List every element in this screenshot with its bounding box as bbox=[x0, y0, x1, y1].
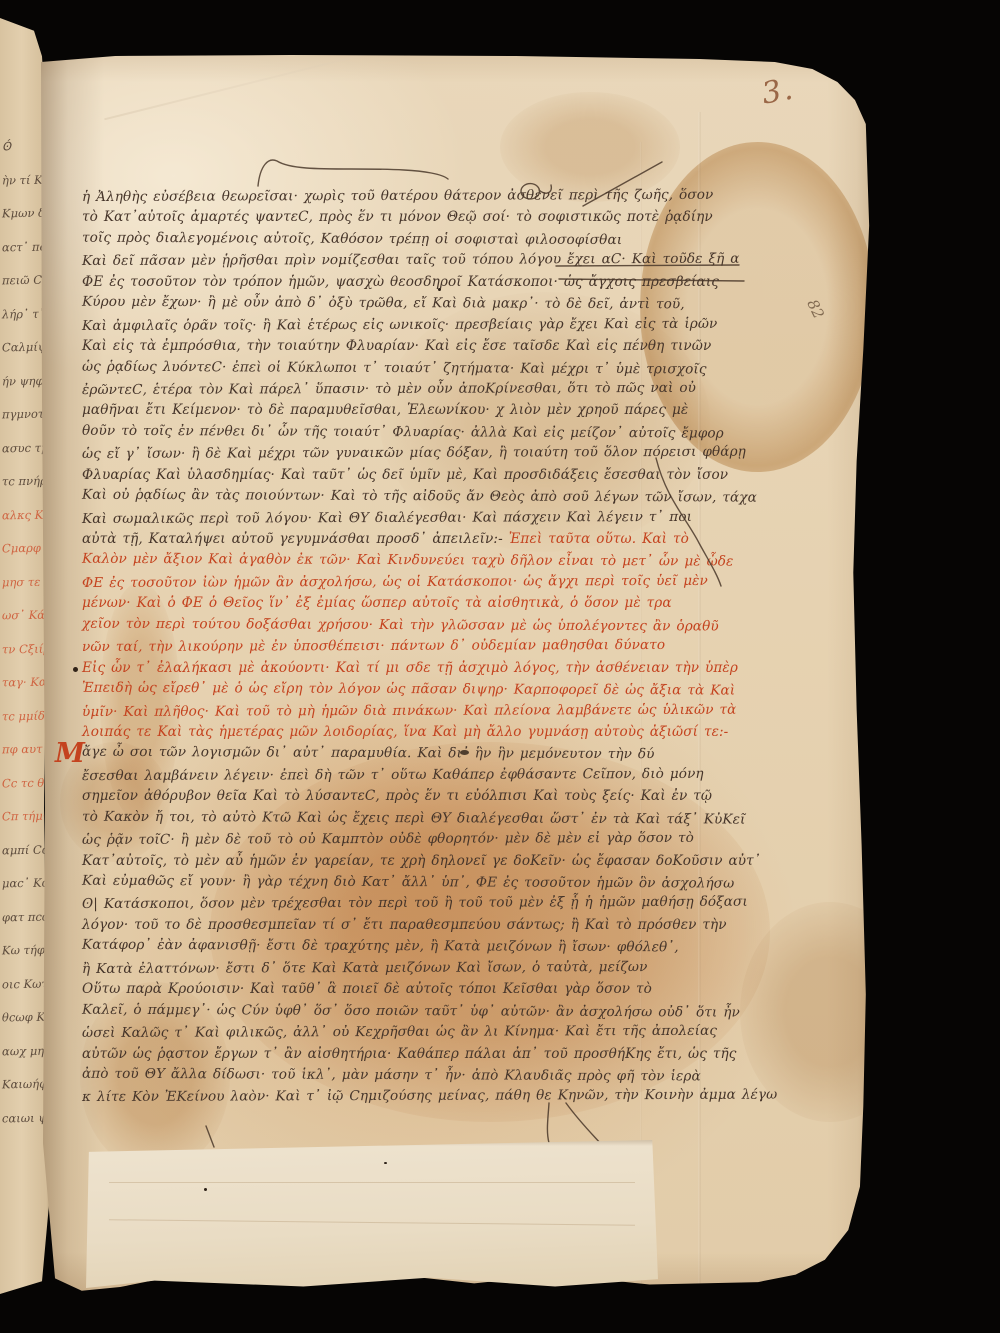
text-line: λοιπάς τε Καὶ τὰς ἡμετέρας μῶν λοιδορίας… bbox=[82, 722, 674, 743]
body-text: ὡσεὶ Καλῶς τ᾽ Καὶ φιλικῶς, ἀλλ᾽ οὐ Κεχρῆ… bbox=[82, 1023, 717, 1041]
ink-spot bbox=[73, 667, 78, 672]
text-line: αὐτῶν ὡς ῥᾳστον ἔργων τ᾽ ἂν αἰσθητήρια· … bbox=[82, 1044, 674, 1065]
body-text: ἄγε ὦ σοι τῶν λογισμῶν δι᾽ αὐτ᾽ παραμυθί… bbox=[82, 744, 655, 762]
text-block: ἡ Ἀληθὴς εὐσέβεια θεωρεῖσαι· χωρὶς τοῦ θ… bbox=[82, 186, 674, 1108]
text-line: Καὶ ἀμφιλαῖς ὁρᾶν τοῖς· ἢ Καὶ ἑτέρως εἰς… bbox=[82, 314, 674, 338]
text-line: Κύρου μὲν ἔχων· ἢ μὲ οὖν ἀπὸ δ᾽ ὀξὺ τρῶθ… bbox=[82, 292, 674, 316]
text-line: ἄγε ὦ σοι τῶν λογισμῶν δι᾽ αὐτ᾽ παραμυθί… bbox=[82, 742, 674, 766]
text-line: θοῦν τὸ τοῖς ἐν πένθει δι᾽ ὧν τῆς τοιαύτ… bbox=[82, 421, 674, 445]
body-text: τὸ Κατ᾽αὐτοῖς ἁμαρτές ψαντεϹ, πρὸς ἕν τι… bbox=[82, 209, 713, 225]
body-text: ἀπὸ τοῦ ΘΥ ἄλλα δίδωσι· τοῦ ἱκλ᾽, μὰν μά… bbox=[82, 1066, 701, 1085]
body-text: ὡς ῥᾷν τοῖϹ· ἢ μὲν δὲ τοῦ τὸ οὐ Καμπτὸν … bbox=[82, 830, 694, 848]
rubric-text: Εἰς ὧν τ᾽ ἐλαλήκασι μὲ ἀκούοντι· Καὶ τί … bbox=[82, 660, 738, 676]
body-text: Κατάφορ᾽ ἐὰν ἀφανισθῇ· ἔστι δὲ τραχύτης … bbox=[82, 937, 679, 956]
text-line: Καὶ εὐμαθῶς εἴ γουν· ἢ γὰρ τέχνη διὸ Κατ… bbox=[82, 871, 674, 895]
body-text: Καὶ οὐ ῥᾳδίως ἂν τὰς ποιούντων· Καὶ τὸ τ… bbox=[82, 487, 757, 506]
paper-fiber-line bbox=[109, 1182, 635, 1183]
text-line: τὸ Κακὸν ἤ τοι, τὸ αὐτὸ Κτῶ Καὶ ὡς ἔχεις… bbox=[82, 806, 674, 830]
body-text: Κύρου μὲν ἔχων· ἢ μὲ οὖν ἀπὸ δ᾽ ὀξὺ τρῶθ… bbox=[82, 294, 685, 313]
text-line: ὡς ῥᾳδίως λυόντεϹ· ἐπεὶ οἱ Κύκλωποι τ᾽ τ… bbox=[82, 356, 674, 380]
body-text: Καὶ ἀμφιλαῖς ὁρᾶν τοῖς· ἢ Καὶ ἑτέρως εἰς… bbox=[82, 315, 717, 333]
text-line: Καὶ δεῖ πᾶσαν μὲν ᾑρῆσθαι πρὶν νομίζεσθα… bbox=[82, 249, 674, 273]
body-text: αὐτῶν ὡς ῥᾳστον ἔργων τ᾽ ἂν αἰσθητήρια· … bbox=[82, 1046, 736, 1062]
paragraph-initial-M: Μ bbox=[55, 738, 85, 769]
rubric-text: Ἐπεὶ ταῦτα οὕτω. Καὶ τὸ bbox=[509, 531, 689, 547]
text-line: ὡς ῥᾷν τοῖϹ· ἢ μὲν δὲ τοῦ τὸ οὐ Καμπτὸν … bbox=[82, 828, 674, 852]
body-text: Οὕτω παρὰ Κρούοισιν· Καὶ ταῦθ᾽ ἃ ποιεῖ δ… bbox=[82, 981, 652, 997]
rubric-text: Καλὸν μὲν ἄξιον Καὶ ἀγαθὸν ἐκ τῶν· Καὶ Κ… bbox=[82, 551, 734, 570]
rubric-text: Ἐπειδὴ ὡς εἴρεθ᾽ μὲ ὁ ὡς εἴρη τὸν λόγον … bbox=[82, 680, 735, 699]
text-line: ὑμῖν· Καὶ πλῆθος· Καὶ τοῦ τὸ μὴ ἡμῶν διὰ… bbox=[82, 699, 674, 723]
body-text: Κατ᾽αὐτοῖς, τὸ μὲν αὖ ἡμῶν ἐν γαρείαν, τ… bbox=[82, 853, 761, 869]
text-line: Καλεῖ, ὁ πάμμεγ᾽· ὡς Ϲύν ὑφθ᾽ ὅσ᾽ ὅσο πο… bbox=[82, 999, 674, 1023]
ink-spot bbox=[204, 1188, 207, 1191]
body-text: σημεῖον ἀθόρυβον θεῖα Καὶ τὸ λύσαντεϹ, π… bbox=[82, 788, 712, 804]
text-line: λόγον· τοῦ το δὲ προσθεσμπεῖαν τί σ᾽ ἔτι… bbox=[82, 915, 674, 936]
text-line: Κατάφορ᾽ ἐὰν ἀφανισθῇ· ἔστι δὲ τραχύτης … bbox=[82, 935, 674, 959]
text-line: μαθῆναι ἔτι Κείμενον· τὸ δὲ παραμυθεῖσθα… bbox=[82, 400, 674, 421]
rubric-text: νῶν ταί, τὴν λικούρην μὲ ἐν ὑποσθέπεισι·… bbox=[82, 637, 665, 655]
repair-patch bbox=[86, 1140, 658, 1288]
rubric-text: ΦΕ ἐς τοσοῦτον ἰὼν ἡμῶν ἂν ἀσχολήσω, ὡς … bbox=[82, 573, 708, 591]
rubric-text: μένων· Καὶ ὁ ΦΕ ὁ Θεῖος ἵν᾽ ἐξ ἐμίας ὥσπ… bbox=[82, 595, 672, 611]
text-line: ἢ Κατὰ ἐλαττόνων· ἔστι δ᾽ ὅτε Καὶ Κατὰ μ… bbox=[82, 957, 674, 981]
text-line: Φλυαρίας Καὶ ὑλασδημίας· Καὶ ταῦτ᾽ ὡς δε… bbox=[82, 465, 674, 486]
text-line: ἡ Ἀληθὴς εὐσέβεια θεωρεῖσαι· χωρὶς τοῦ θ… bbox=[82, 185, 674, 209]
text-line: ʘ| Κατάσκοποι, ὅσον μὲν τρέχεσθαι τὸν πε… bbox=[82, 892, 674, 916]
body-text: ʘ| Κατάσκοποι, ὅσον μὲν τρέχεσθαι τὸν πε… bbox=[82, 894, 748, 912]
text-line: τὸ Κατ᾽αὐτοῖς ἁμαρτές ψαντεϹ, πρὸς ἕν τι… bbox=[82, 207, 674, 228]
text-line: Κατ᾽αὐτοῖς, τὸ μὲν αὖ ἡμῶν ἐν γαρείαν, τ… bbox=[82, 851, 674, 872]
body-text: μαθῆναι ἔτι Κείμενον· τὸ δὲ παραμυθεῖσθα… bbox=[82, 402, 688, 418]
body-text: ἔσεσθαι λαμβάνειν λέγειν· ἐπεὶ δὴ τῶν τ᾽… bbox=[82, 766, 704, 784]
body-text: ἐρῶντεϹ, ἑτέρα τὸν Καὶ πάρελ᾽ ὕπασιν· τὸ… bbox=[82, 380, 696, 398]
paper-fiber-line bbox=[109, 1219, 635, 1226]
text-line: κ λίτε Κὸν ἘΚείνου λαὸν· Καὶ τ᾽ ἰῷ Ϲημιζ… bbox=[82, 1085, 674, 1109]
body-text: ΦΕ ἐς τοσοῦτον τὸν τρόπον ἡμῶν, ψασχὼ θε… bbox=[82, 274, 719, 290]
body-text: Καὶ εὐμαθῶς εἴ γουν· ἢ γὰρ τέχνη διὸ Κατ… bbox=[82, 873, 734, 892]
text-line: Καὶ εἰς τὰ ἐμπρόσθια, τὴν τοιαύτην Φλυαρ… bbox=[82, 336, 674, 357]
body-text: ὡς ῥᾳδίως λυόντεϹ· ἐπεὶ οἱ Κύκλωποι τ᾽ τ… bbox=[82, 358, 707, 377]
body-text: ὡς εἴ γ᾽ ἴσων· ἢ δὲ Καὶ μέχρι τῶν γυναικ… bbox=[82, 444, 746, 462]
body-text: τὸ Κακὸν ἤ τοι, τὸ αὐτὸ Κτῶ Καὶ ὡς ἔχεις… bbox=[82, 808, 746, 827]
text-line: Ἐπειδὴ ὡς εἴρεθ᾽ μὲ ὁ ὡς εἴρη τὸν λόγον … bbox=[82, 678, 674, 702]
body-text: ἢ Κατὰ ἐλαττόνων· ἔστι δ᾽ ὅτε Καὶ Κατὰ μ… bbox=[82, 959, 647, 977]
body-text: αὐτὰ τῇ, Καταλήψει αὐτοῦ γεγυμνάσθαι προ… bbox=[82, 531, 509, 547]
text-line: σημεῖον ἀθόρυβον θεῖα Καὶ τὸ λύσαντεϹ, π… bbox=[82, 786, 674, 807]
text-line: αὐτὰ τῇ, Καταλήψει αὐτοῦ γεγυμνάσθαι προ… bbox=[82, 529, 674, 550]
body-text: Καὶ σωμαλικῶς περὶ τοῦ λόγου· Καὶ ΘΥ δια… bbox=[82, 508, 692, 526]
text-line: χεῖον τὸν περὶ τούτου δοξάσθαι χρήσου· Κ… bbox=[82, 613, 674, 637]
body-text: κ λίτε Κὸν ἘΚείνου λαὸν· Καὶ τ᾽ ἰῷ Ϲημιζ… bbox=[82, 1087, 777, 1105]
text-line: μένων· Καὶ ὁ ΦΕ ὁ Θεῖος ἵν᾽ ἐξ ἐμίας ὥσπ… bbox=[82, 593, 674, 614]
rubric-text: ὑμῖν· Καὶ πλῆθος· Καὶ τοῦ τὸ μὴ ἡμῶν διὰ… bbox=[82, 701, 736, 719]
text-line: Εἰς ὧν τ᾽ ἐλαλήκασι μὲ ἀκούοντι· Καὶ τί … bbox=[82, 658, 674, 679]
rubric-text: λοιπάς τε Καὶ τὰς ἡμετέρας μῶν λοιδορίας… bbox=[82, 724, 728, 740]
text-line: Καὶ σωμαλικῶς περὶ τοῦ λόγου· Καὶ ΘΥ δια… bbox=[82, 507, 674, 531]
text-line: ΦΕ ἐς τοσοῦτον τὸν τρόπον ἡμῶν, ψασχὼ θε… bbox=[82, 272, 674, 293]
text-line: τοῖς πρὸς διαλεγομένοις αὐτοῖς, Καθόσον … bbox=[82, 228, 674, 252]
body-text: Φλυαρίας Καὶ ὑλασδημίας· Καὶ ταῦτ᾽ ὡς δε… bbox=[82, 467, 728, 483]
text-line: Καὶ οὐ ῥᾳδίως ἂν τὰς ποιούντων· Καὶ τὸ τ… bbox=[82, 485, 674, 509]
text-line: Καλὸν μὲν ἄξιον Καὶ ἀγαθὸν ἐκ τῶν· Καὶ Κ… bbox=[82, 549, 674, 573]
text-line: ΦΕ ἐς τοσοῦτον ἰὼν ἡμῶν ἂν ἀσχολήσω, ὡς … bbox=[82, 571, 674, 595]
text-line: ἀπὸ τοῦ ΘΥ ἄλλα δίδωσι· τοῦ ἱκλ᾽, μὰν μά… bbox=[82, 1064, 674, 1088]
body-text: Καλεῖ, ὁ πάμμεγ᾽· ὡς Ϲύν ὑφθ᾽ ὅσ᾽ ὅσο πο… bbox=[82, 1001, 740, 1020]
ink-spot bbox=[384, 1162, 387, 1164]
text-line: ὡσεὶ Καλῶς τ᾽ Καὶ φιλικῶς, ἀλλ᾽ οὐ Κεχρῆ… bbox=[82, 1021, 674, 1045]
body-text: τοῖς πρὸς διαλεγομένοις αὐτοῖς, Καθόσον … bbox=[82, 230, 622, 248]
text-line: ἐρῶντεϹ, ἑτέρα τὸν Καὶ πάρελ᾽ ὕπασιν· τὸ… bbox=[82, 378, 674, 402]
text-line: νῶν ταί, τὴν λικούρην μὲ ἐν ὑποσθέπεισι·… bbox=[82, 635, 674, 659]
body-text: Καὶ δεῖ πᾶσαν μὲν ᾑρῆσθαι πρὶν νομίζεσθα… bbox=[82, 251, 740, 269]
body-text: ἡ Ἀληθὴς εὐσέβεια θεωρεῖσαι· χωρὶς τοῦ θ… bbox=[82, 187, 713, 205]
rubric-text: χεῖον τὸν περὶ τούτου δοξάσθαι χρήσου· Κ… bbox=[82, 615, 719, 634]
text-line: ἔσεσθαι λαμβάνειν λέγειν· ἐπεὶ δὴ τῶν τ᾽… bbox=[82, 764, 674, 788]
text-line: ὡς εἴ γ᾽ ἴσων· ἢ δὲ Καὶ μέχρι τῶν γυναικ… bbox=[82, 442, 674, 466]
text-line: Οὕτω παρὰ Κρούοισιν· Καὶ ταῦθ᾽ ἃ ποιεῖ δ… bbox=[82, 979, 674, 1000]
folio-number: 3. bbox=[759, 71, 797, 111]
body-text: λόγον· τοῦ το δὲ προσθεσμπεῖαν τί σ᾽ ἔτι… bbox=[82, 917, 727, 933]
body-text: θοῦν τὸ τοῖς ἐν πένθει δι᾽ ὧν τῆς τοιαύτ… bbox=[82, 423, 724, 442]
diagonal-crease bbox=[104, 46, 396, 121]
body-text: Καὶ εἰς τὰ ἐμπρόσθια, τὴν τοιαύτην Φλυαρ… bbox=[82, 338, 711, 354]
